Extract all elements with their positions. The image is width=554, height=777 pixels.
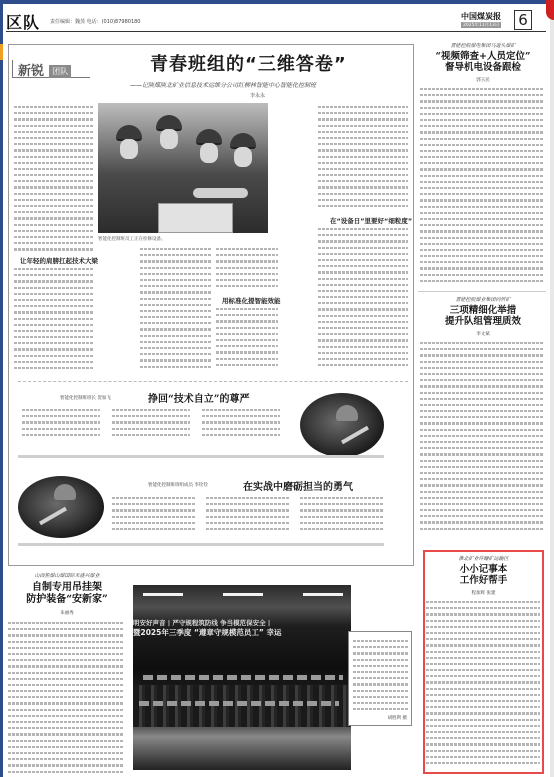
bottom-left-byline: 朱丽秀	[8, 610, 126, 616]
feature-body-col-3b	[216, 306, 278, 374]
pipe-shape	[193, 188, 248, 198]
bottom-left-kicker: 山西焦煤山煤国际禾盛兴煤业	[8, 572, 126, 579]
headline-line: “视频筛查+人员定位”	[420, 51, 546, 62]
right-article-2-body	[420, 340, 544, 534]
feature-subhead-3: 用标准化提智能效能	[222, 296, 281, 305]
editor-info: 责任编辑：魏蒸 电话：(010)87980180	[50, 18, 141, 25]
stage-banner-line-1: 明安好声音 | 严守规程筑防线 争当模范保安全 |	[133, 618, 351, 627]
headline-line: 防护装备“安新家”	[8, 594, 126, 606]
page-number: 6	[514, 10, 532, 30]
right-article-3[interactable]: 淮北矿业许疃矿运输区 小小记事本 工作好帮手 程加辉 张建	[426, 555, 541, 769]
page-corner-tab	[546, 0, 554, 20]
headline-line: 督导机电设备跟检	[420, 62, 546, 73]
feature-body-col-2	[140, 246, 212, 374]
profile-1-body-a	[22, 407, 100, 439]
right-column-divider	[418, 291, 546, 292]
crowd-shape	[133, 685, 351, 727]
profile-2-portrait[interactable]	[18, 476, 104, 538]
newspaper-name: 中国煤炭报	[461, 11, 501, 22]
right-article-1[interactable]: 晋能控股煤电集团马道头煤矿 “视频筛查+人员定位” 督导机电设备跟检 郭玉民	[420, 42, 546, 284]
right-article-2[interactable]: 晋能控股煤业集团同忻矿 三项精细化举措 提升队组管理质效 李文斌	[420, 296, 546, 534]
right-article-3-byline: 程加辉 张建	[426, 590, 541, 596]
section-title: 区队	[6, 10, 40, 33]
issue-date: 2025年11月13日	[461, 22, 501, 28]
right-scroll-track[interactable]	[550, 4, 554, 777]
feature-body-col-3	[216, 246, 278, 292]
ceiling-light	[143, 593, 183, 596]
profile-2-body-a	[112, 495, 196, 531]
profile-2-body-c	[300, 495, 384, 531]
feature-subhead-2: 在“设备日”里要好“细粒度”	[330, 216, 412, 225]
bottom-left-body	[8, 620, 124, 777]
right-article-2-byline: 李文斌	[420, 331, 546, 337]
right-article-3-body	[426, 599, 540, 769]
column-logo: 新锐 团队	[12, 58, 92, 84]
equipment-box	[158, 203, 233, 233]
helmet-shape	[54, 484, 76, 500]
held-signs-row	[143, 675, 343, 680]
bottom-left-headline: 自制专用吊挂架 防护装备“安新家”	[8, 582, 126, 606]
right-article-1-headline: “视频筛查+人员定位” 督导机电设备跟检	[420, 51, 546, 73]
right-article-3-headline: 小小记事本 工作好帮手	[426, 564, 541, 586]
ceiling-light	[223, 593, 263, 596]
page-masthead: 区队 责任编辑：魏蒸 电话：(010)87980180 中国煤炭报 2025年1…	[6, 8, 546, 32]
group-photo-caption-box: 胡胜利 摄	[348, 631, 412, 726]
group-photo-credit: 胡胜利 摄	[388, 715, 407, 721]
top-color-bar	[0, 0, 554, 4]
face-shape	[160, 129, 178, 149]
face-shape	[200, 143, 218, 163]
left-color-bar	[0, 4, 3, 777]
held-signs-row	[139, 701, 339, 706]
feature-body-col-4	[318, 104, 408, 212]
right-article-3-kicker: 淮北矿业许疃矿运输区	[426, 555, 541, 562]
profile-1-title[interactable]: 挣回“技术自立”的尊严	[148, 390, 250, 405]
feature-byline: 李永永	[250, 92, 265, 99]
group-photo-caption-text	[353, 638, 409, 722]
profile-1-rule	[18, 455, 384, 458]
profile-2-title[interactable]: 在实战中磨砺担当的勇气	[243, 478, 353, 493]
headline-line: 自制专用吊挂架	[8, 582, 126, 594]
reflective-stripe	[341, 426, 369, 444]
feature-subheadline: ——记陕煤陕北矿业信息技术运维分公司红柳林智能中心智能化控制班	[130, 80, 316, 89]
feature-body-col-4b	[318, 226, 408, 374]
headline-line: 三项精细化举措	[420, 305, 546, 316]
section-divider	[18, 381, 408, 382]
left-orange-marker	[0, 44, 3, 60]
headline-line: 小小记事本	[426, 564, 541, 575]
feature-body-col-1	[14, 104, 94, 252]
profile-2-rule	[18, 543, 384, 546]
profile-1-portrait[interactable]	[300, 393, 384, 457]
feature-subhead-1: 让年轻的肩膀扛起技术大梁	[20, 256, 98, 265]
feature-photo[interactable]	[98, 103, 268, 233]
right-article-1-body	[420, 86, 544, 284]
right-article-1-byline: 郭玉民	[420, 77, 546, 83]
feature-photo-caption: 智能化控制班员工正在检修设备。	[98, 236, 166, 242]
ceiling-light	[303, 593, 343, 596]
feature-body-col-1b	[14, 266, 94, 374]
headline-line: 工作好帮手	[426, 575, 541, 586]
stage-banner-line-2: 暨2025年三季度 “遵章守规模范员工” 幸运	[133, 627, 351, 638]
face-shape	[120, 139, 138, 159]
right-article-2-headline: 三项精细化举措 提升队组管理质效	[420, 305, 546, 327]
logo-sub-text: 团队	[49, 65, 71, 78]
group-photo[interactable]: 明安好声音 | 严守规程筑防线 争当模范保安全 | 暨2025年三季度 “遵章守…	[133, 585, 351, 770]
profile-1-body-b	[112, 407, 190, 439]
profile-2-role: 智能化控制班班组成员 李铨铨	[148, 482, 208, 488]
reflective-stripe	[39, 507, 67, 525]
logo-main-text: 新锐	[18, 60, 44, 79]
profile-2-body-b	[206, 495, 290, 531]
bottom-left-article[interactable]: 山西焦煤山煤国际禾盛兴煤业 自制专用吊挂架 防护装备“安新家” 朱丽秀	[8, 572, 126, 777]
right-article-2-kicker: 晋能控股煤业集团同忻矿	[420, 296, 546, 303]
right-article-1-kicker: 晋能控股煤电集团马道头煤矿	[420, 42, 546, 49]
helmet-shape	[336, 405, 358, 421]
profile-1-body-c	[202, 407, 280, 439]
face-shape	[234, 147, 252, 167]
headline-line: 提升队组管理质效	[420, 316, 546, 327]
feature-headline[interactable]: 青春班组的“三维答卷”	[150, 50, 347, 76]
profile-1-role: 智能化控制班班长 贺加飞	[60, 395, 111, 401]
